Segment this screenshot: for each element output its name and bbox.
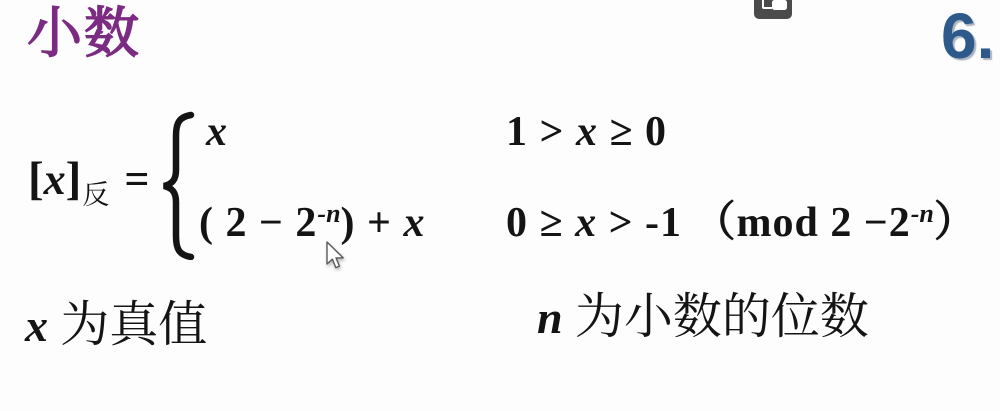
case-1-cond-x: x bbox=[576, 109, 598, 155]
case-2-value-exponent: -n bbox=[317, 199, 340, 228]
note-x-true-value: x 为真值 bbox=[25, 294, 207, 357]
case-2-condition: 0 ≥ x > -1 （mod 2 −2-n） bbox=[506, 197, 977, 254]
variable-x: x bbox=[44, 155, 66, 204]
case-1-value-x: x bbox=[206, 109, 228, 155]
case-2-value-pre: ( 2 − 2 bbox=[199, 200, 317, 246]
case-2-value-mid: ) + bbox=[341, 200, 404, 246]
equals-sign: = bbox=[124, 155, 149, 204]
subscript-fan: 反 bbox=[82, 180, 109, 210]
note-right-var: n bbox=[537, 292, 563, 343]
case-2-value-x: x bbox=[403, 200, 425, 246]
open-bracket: [ bbox=[28, 153, 44, 205]
note-left-var: x bbox=[25, 300, 48, 351]
note-left-text: 为真值 bbox=[48, 297, 207, 352]
pip-mini-screen-glyph bbox=[772, 0, 787, 10]
case-1-condition: 1 > x ≥ 0 bbox=[506, 106, 667, 158]
pip-corner-glyph bbox=[762, 0, 772, 9]
note-right-text: 为小数的位数 bbox=[563, 289, 869, 344]
picture-in-picture-icon[interactable] bbox=[754, 0, 792, 19]
case-2-value: ( 2 − 2-n) + x bbox=[199, 197, 425, 254]
case-2-cond-mid: > -1 （mod 2 −2 bbox=[597, 200, 911, 246]
note-n-fraction-digits: n 为小数的位数 bbox=[537, 286, 869, 349]
case-1-cond-post: ≥ 0 bbox=[598, 109, 667, 155]
page-title: 小数 bbox=[27, 2, 141, 66]
case-2-cond-exponent: -n bbox=[911, 199, 934, 228]
arrow-cursor-icon bbox=[325, 241, 349, 273]
close-bracket: ] bbox=[66, 153, 82, 205]
slide: 小数 6. [x]反= x 1 > x ≥ 0 ( 2 − 2-n) + x 0… bbox=[0, 0, 1000, 411]
case-2-cond-pre: 0 ≥ bbox=[506, 200, 575, 246]
formula-lhs: [x]反= bbox=[28, 150, 149, 214]
curly-brace-icon bbox=[155, 110, 201, 260]
case-2-cond-x: x bbox=[575, 200, 597, 246]
case-1-value: x bbox=[206, 106, 228, 158]
slide-number: 6. bbox=[941, 0, 994, 74]
case-1-cond-pre: 1 > bbox=[506, 109, 576, 155]
case-2-cond-post: ） bbox=[934, 200, 977, 246]
